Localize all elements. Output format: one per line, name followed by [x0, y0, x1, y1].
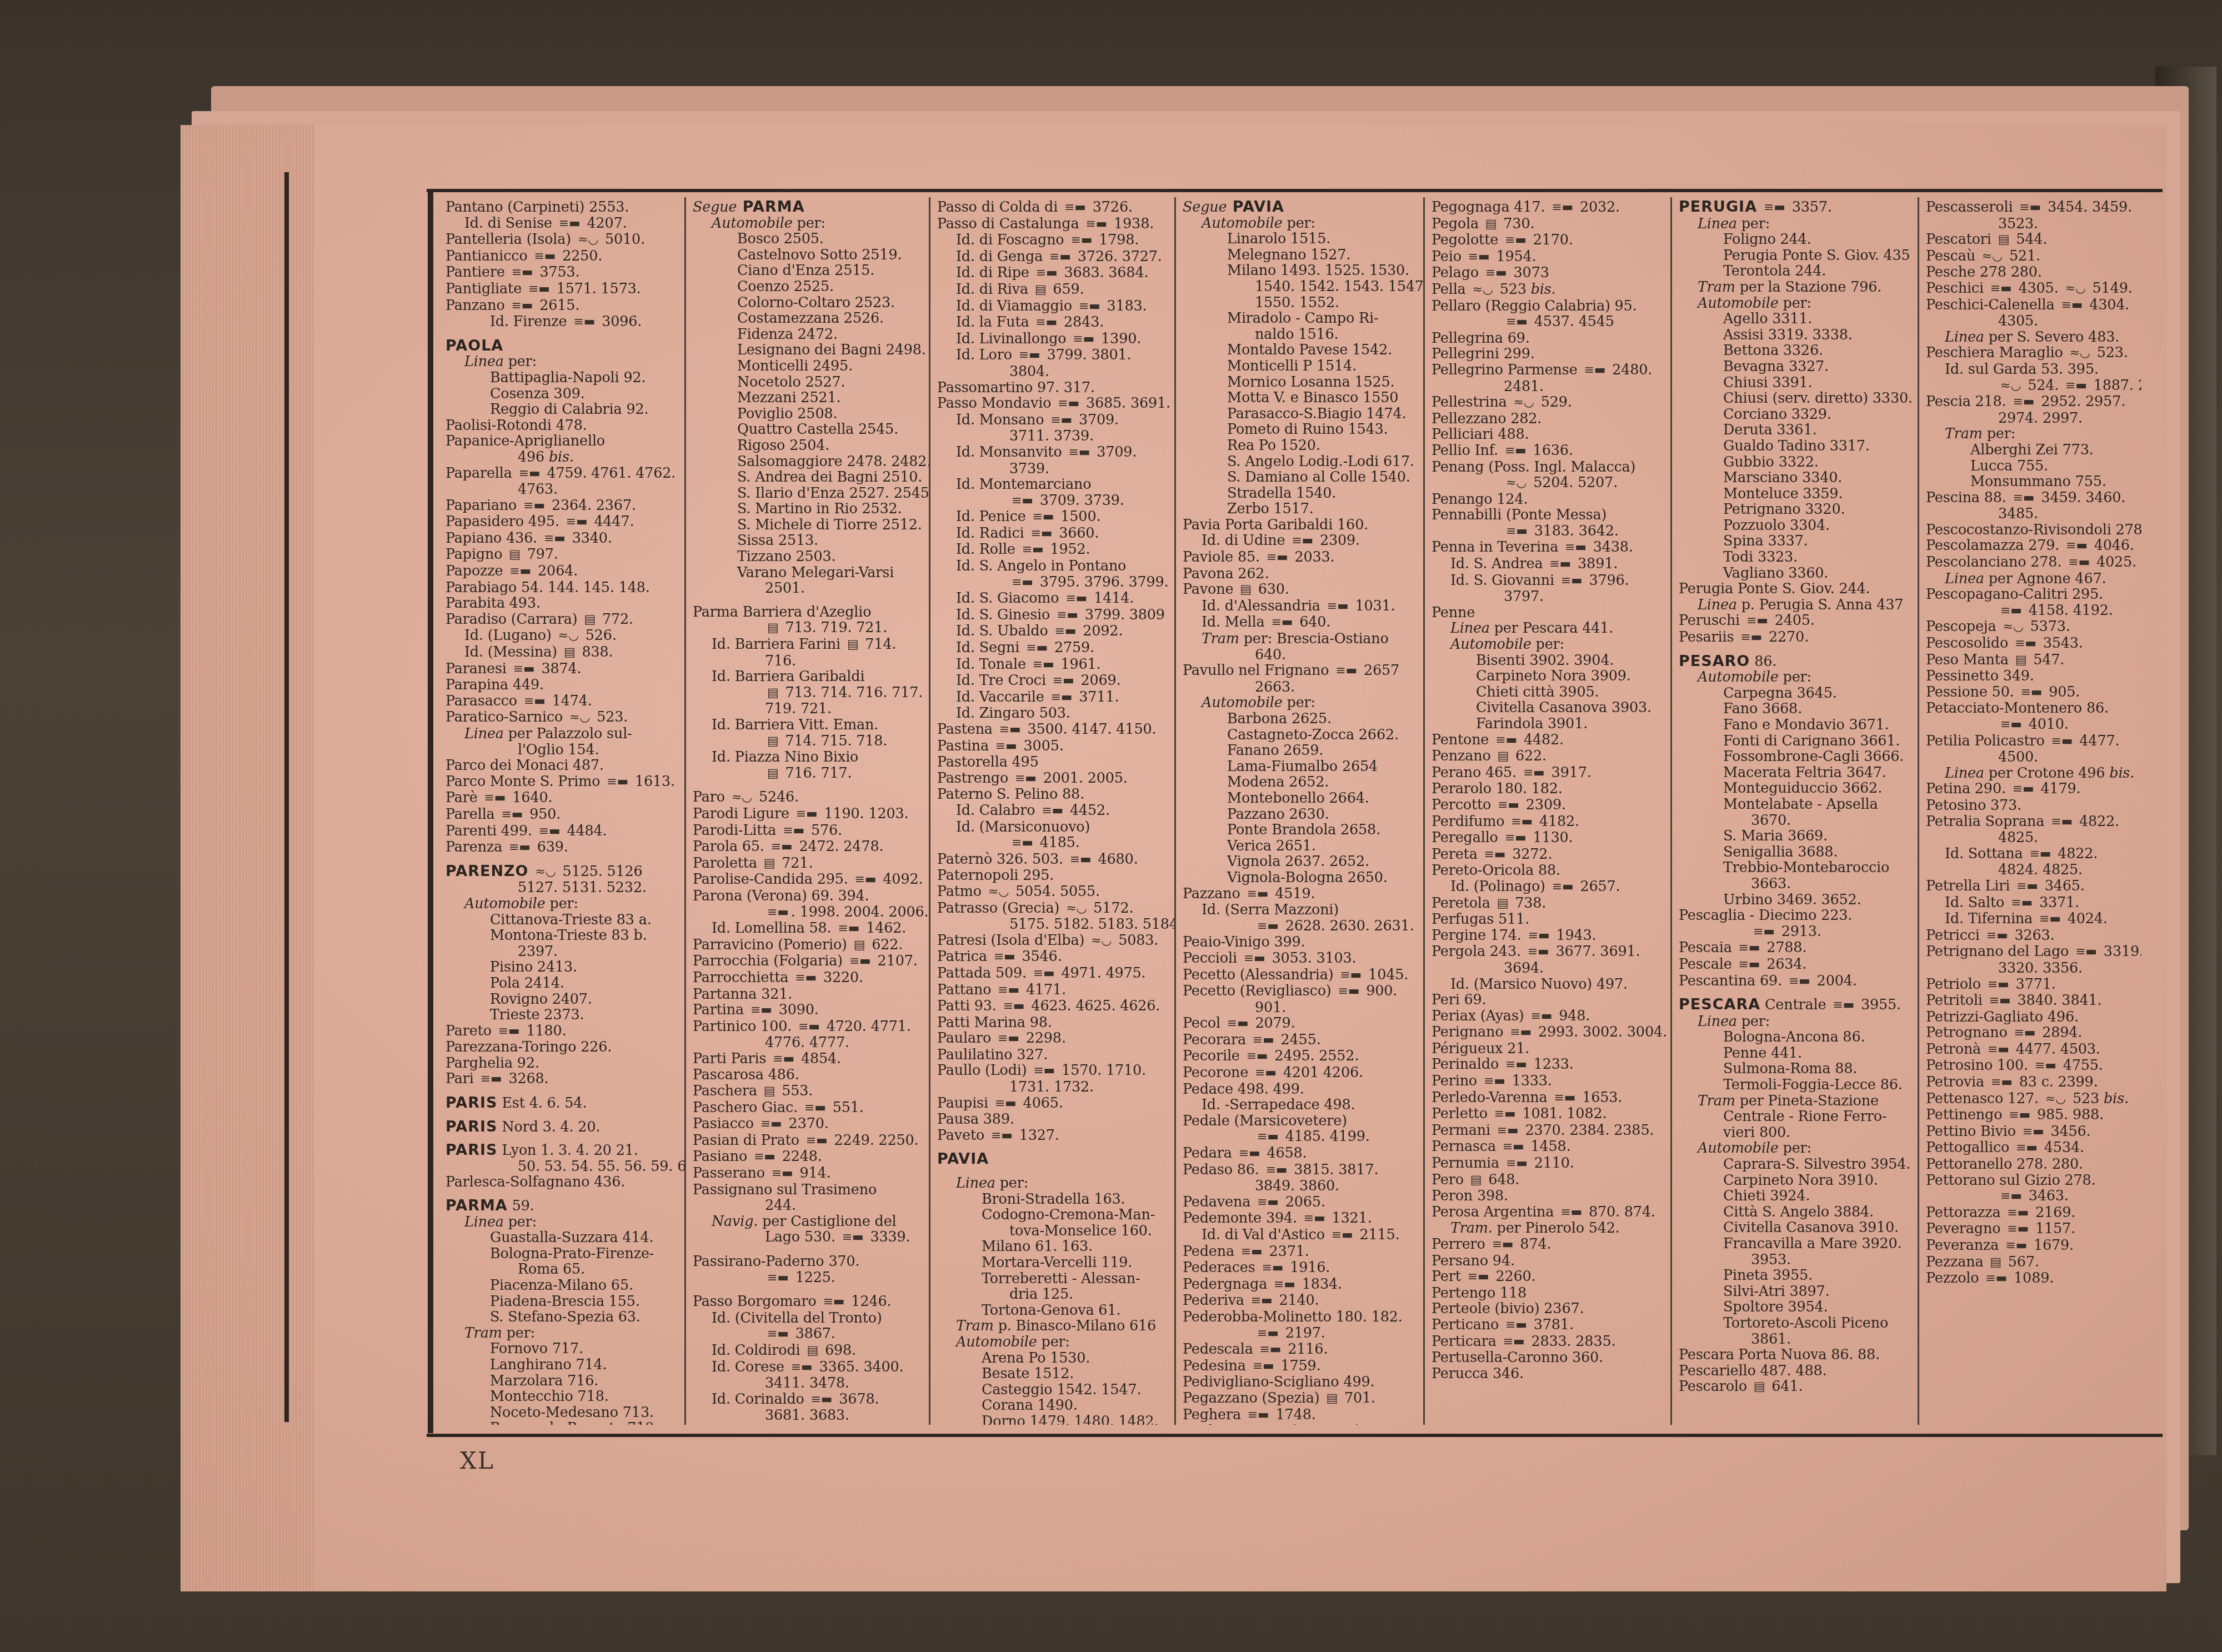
index-entry: Id. Salto ≡▬ 3371. — [1926, 895, 2136, 912]
index-entry: 2974. 2997. — [1926, 411, 2136, 427]
car-icon: ≡▬ — [1986, 928, 2008, 944]
index-entry: Pettenasco 127. ≈◡ 523 bis. — [1926, 1091, 2136, 1108]
city-heading: PESARO 86. — [1679, 654, 1912, 670]
index-entry: Linea per: — [1679, 216, 1912, 232]
bis-suffix: bis. — [2104, 1090, 2129, 1107]
index-entry: 2481. — [1432, 379, 1665, 395]
index-entry: Fano 3668. — [1679, 701, 1912, 717]
car-icon: ≡▬ — [481, 1072, 502, 1088]
index-entry: Passo di Castalunga ≡▬ 1938. — [937, 216, 1169, 233]
car-icon: ≡▬ — [1554, 1090, 1576, 1107]
index-entry: Papiano 436. ≡▬ 3340. — [446, 530, 679, 547]
index-entry: Castelnovo Sotto 2519. — [693, 247, 923, 263]
index-entry: ≈◡ 5204. 5207. — [1432, 475, 1665, 492]
boat-icon: ≈◡ — [1066, 901, 1087, 917]
index-entry: 3670. — [1679, 813, 1912, 829]
index-entry: Montaldo Pavese 1542. — [1183, 342, 1418, 358]
index-entry: Patresi (Isola d'Elba) ≈◡ 5083. — [937, 933, 1169, 949]
index-entry: Id. (Polinago) ≡▬ 2657. — [1432, 879, 1665, 895]
index-entry: Linea per: — [1679, 1014, 1912, 1030]
tram-icon: ▤ — [1497, 749, 1509, 765]
index-entry: ≈◡ 524. ≡▬ 1887. 2002. — [1926, 378, 2136, 394]
index-entry: Linea per Crotone 496 bis. — [1926, 765, 2136, 782]
service-type-label: Linea — [956, 1175, 995, 1192]
index-entry: Pescale ≡▬ 2634. — [1679, 957, 1912, 973]
index-entry: Bettona 3326. — [1679, 343, 1912, 359]
boat-icon: ≈◡ — [1514, 395, 1534, 411]
index-entry: Périgueux 21. — [1432, 1041, 1665, 1057]
index-entry: Id. Monsano ≡▬ 3709. — [937, 412, 1169, 429]
index-entry: Perugia Ponte S. Giov. 435 — [1679, 248, 1912, 264]
index-entry: Petritoli ≡▬ 3840. 3841. — [1926, 993, 2136, 1009]
index-entry: Id. Barriera Garibaldi — [693, 669, 923, 685]
car-icon: ≡▬ — [1049, 249, 1071, 266]
index-entry: Id. (Serra Mazzoni) — [1183, 902, 1418, 918]
index-entry: Peghera ≡▬ 1748. — [1183, 1407, 1418, 1424]
tram-icon: ▤ — [847, 637, 859, 653]
car-icon: ≡▬ — [498, 1024, 520, 1040]
index-entry: Cosenza 309. — [446, 386, 679, 402]
index-entry: dria 125. — [937, 1286, 1169, 1303]
car-icon: ≡▬ — [1530, 1009, 1552, 1025]
tram-icon: ▤ — [584, 612, 596, 628]
index-entry: S. Stefano-Spezia 63. — [446, 1309, 679, 1325]
index-entry: Passerano ≡▬ 914. — [693, 1165, 923, 1182]
index-entry: Pausa 389. — [937, 1112, 1169, 1128]
index-entry: Paulilatino 327. — [937, 1047, 1169, 1063]
car-icon: ≡▬ — [1085, 217, 1107, 233]
car-icon: ≡▬ — [849, 954, 871, 970]
car-icon: ≡▬ — [783, 823, 804, 839]
index-entry: Pecorone ≡▬ 4201 4206. — [1183, 1065, 1418, 1082]
index-entry: Fanano 2659. — [1183, 743, 1418, 759]
index-entry: Pedergnaga ≡▬ 1834. — [1183, 1276, 1418, 1293]
car-icon: ≡▬ — [566, 514, 588, 530]
service-type-label: Linea — [1945, 570, 1984, 587]
car-icon: ≡▬ — [534, 249, 555, 265]
index-entry: Petralia Soprana ≡▬ 4822. — [1926, 814, 2136, 830]
index-entry: Pazzano 2630. — [1183, 807, 1418, 823]
index-entry: Guastalla-Suzzara 414. — [446, 1230, 679, 1246]
index-entry: Francavilla a Mare 3920. — [1679, 1236, 1912, 1252]
car-icon: ≡▬ — [1528, 944, 1549, 960]
car-icon: ≡▬ — [2009, 1108, 2030, 1124]
index-entry: Id. Vaccarile ≡▬ 3711. — [937, 689, 1169, 706]
index-entry: Spoltore 3954. — [1679, 1299, 1912, 1315]
index-entry: Linea per Palazzolo sul- — [446, 726, 679, 742]
index-entry: Deruta 3361. — [1679, 422, 1912, 438]
car-icon: ≡▬ — [2035, 1058, 2056, 1074]
index-entry: Rovigno 2407. — [446, 992, 679, 1008]
index-entry: Corciano 3329. — [1679, 407, 1912, 423]
index-entry: Coenzo 2525. — [693, 279, 923, 295]
index-entry: Pasiano ≡▬ 2248. — [693, 1149, 923, 1165]
index-entry: Castagneto-Zocca 2662. — [1183, 727, 1418, 743]
index-entry: Chiusi 3391. — [1679, 375, 1912, 391]
index-entry: Id. Segni ≡▬ 2759. — [937, 640, 1169, 657]
index-entry: Pettinengo ≡▬ 985. 988. — [1926, 1107, 2136, 1124]
index-entry: Fidenza 2472. — [693, 327, 923, 343]
index-entry: 3320. 3356. — [1926, 960, 2136, 977]
index-entry: l'Oglio 154. — [446, 742, 679, 758]
index-entry: Peccioli ≡▬ 3053. 3103. — [1183, 950, 1418, 967]
tram-icon: ▤ — [767, 766, 779, 782]
index-entry: 3849. 3860. — [1183, 1178, 1418, 1194]
city-name: PAVIA — [937, 1150, 989, 1168]
index-entry: Id. Penice ≡▬ 1500. — [937, 509, 1169, 525]
index-entry: Perrero ≡▬ 874. — [1432, 1237, 1665, 1253]
index-entry: Linarolo 1515. — [1183, 231, 1418, 247]
index-entry: Petilia Policastro ≡▬ 4477. — [1926, 733, 2136, 750]
index-entry: Civitella Casanova 3910. — [1679, 1220, 1912, 1236]
car-icon: ≡▬ — [1003, 999, 1025, 1015]
car-icon: ≡▬ — [1051, 690, 1073, 706]
index-entry: 4305. — [1926, 313, 2136, 329]
index-entry: Carpegna 3645. — [1679, 685, 1912, 702]
car-icon: ≡▬ — [2039, 912, 2061, 928]
index-entry: Pedescala ≡▬ 2116. — [1183, 1341, 1418, 1358]
index-entry: S. Maria 3669. — [1679, 828, 1912, 844]
index-entry: 1731. 1732. — [937, 1079, 1169, 1095]
tram-icon: ▤ — [564, 645, 575, 661]
car-icon: ≡▬ — [607, 774, 628, 790]
index-entry: Perucca 346. — [1432, 1366, 1665, 1382]
index-entry: Pasian di Prato ≡▬ 2249. 2250. — [693, 1133, 923, 1149]
index-entry: Id. Mella ≡▬ 640. — [1183, 614, 1418, 631]
index-entry: Pernasca ≡▬ 1458. — [1432, 1139, 1665, 1155]
index-entry: Id. Barriera Farini ▤ 714. — [693, 637, 923, 653]
index-entry: 3694. — [1432, 960, 1665, 977]
city-name: PERUGIA — [1679, 198, 1757, 216]
index-entry: Paschera ▤ 553. — [693, 1083, 923, 1100]
city-heading: PARIS Lyon 1. 3. 4. 20 21. — [446, 1143, 679, 1159]
index-entry: Pegola ▤ 730. — [1432, 216, 1665, 233]
index-entry: Paullo (Lodi) ≡▬ 1570. 1710. — [937, 1063, 1169, 1079]
tram-icon: ▤ — [1470, 1173, 1482, 1189]
index-entry: S. Ilario d'Enza 2527. 2545 — [693, 485, 923, 502]
index-entry: Tizzano 2503. — [693, 549, 923, 565]
index-entry: Peio ≡▬ 1954. — [1432, 249, 1665, 266]
car-icon: ≡▬ — [1271, 615, 1293, 631]
index-entry: Paradiso (Carrara) ▤ 772. — [446, 612, 679, 628]
car-icon: ≡▬ — [1251, 1293, 1273, 1309]
index-entry: Ponte Brandola 2658. — [1183, 822, 1418, 838]
car-icon: ≡▬ — [1510, 1025, 1532, 1041]
car-icon: ≡▬ — [998, 1031, 1019, 1047]
index-entry: 3861. — [1679, 1331, 1912, 1348]
car-icon: ≡▬ — [1248, 1408, 1269, 1424]
car-icon: ≡▬ — [1552, 200, 1573, 216]
index-entry: Pellio Inf. ≡▬ 1636. — [1432, 443, 1665, 459]
index-entry: Tram per: Brescia-Ostiano — [1183, 631, 1418, 647]
index-entry: 716. — [693, 653, 923, 669]
car-icon: ≡▬ — [1468, 1269, 1489, 1285]
index-entry: Pecol ≡▬ 2079. — [1183, 1015, 1418, 1032]
index-entry: Verica 2651. — [1183, 838, 1418, 854]
index-entry: S. Michele di Tiorre 2512. — [693, 517, 923, 533]
index-entry: Marsciano 3340. — [1679, 470, 1912, 486]
index-entry: Milano 1493. 1525. 1530. — [1183, 263, 1418, 279]
service-type-label: Automobile — [712, 215, 793, 232]
service-type-label: Automobile — [1698, 1140, 1779, 1157]
car-icon: ≡▬ — [509, 840, 531, 856]
service-type-label: Automobile — [1698, 295, 1779, 312]
bis-suffix: bis. — [1531, 281, 1556, 298]
index-columns: Pantano (Carpineti) 2553.Id. di Senise ≡… — [439, 197, 2141, 1425]
index-entry: Peveragno ≡▬ 1157. — [1926, 1221, 2136, 1238]
boat-icon: ≈◡ — [569, 710, 590, 726]
car-icon: ≡▬ — [795, 970, 817, 987]
index-entry: Linea per S. Severo 483. — [1926, 329, 2136, 346]
index-entry: Barbona 2625. — [1183, 711, 1418, 727]
index-entry: Automobile per: — [1183, 216, 1418, 232]
index-entry: Pezzolo ≡▬ 1089. — [1926, 1270, 2136, 1287]
car-icon: ≡▬ — [1484, 847, 1506, 863]
service-type-label: Tram — [1698, 279, 1735, 296]
index-entry: tova-Monselice 160. — [937, 1223, 1169, 1239]
index-entry: Automobile per: — [1679, 669, 1912, 685]
car-icon: ≡▬ — [1506, 524, 1528, 540]
index-entry: ≡▬. 1998. 2004. 2006. — [693, 904, 923, 921]
car-icon: ≡▬ — [1584, 363, 1605, 379]
index-entry: Pellestrina ≈◡ 529. — [1432, 394, 1665, 411]
car-icon: ≡▬ — [2007, 1222, 2029, 1238]
car-icon: ≡▬ — [523, 498, 545, 514]
index-entry: Peregallo ≡▬ 1130. — [1432, 830, 1665, 847]
index-entry: Bologna-Ancona 86. — [1679, 1029, 1912, 1045]
index-entry: Piacenza-Milano 65. — [446, 1278, 679, 1294]
car-icon: ≡▬ — [991, 1128, 1013, 1144]
index-entry: Id. S. Angelo in Pontano — [937, 558, 1169, 574]
index-column-5: Pegognaga 417. ≡▬ 2032.Pegola ▤ 730.Pego… — [1425, 197, 1672, 1425]
index-entry: Pellegrini 299. — [1432, 346, 1665, 362]
boat-icon: ≈◡ — [1982, 249, 2003, 265]
index-entry: Parasacco-S.Biagio 1474. — [1183, 406, 1418, 422]
car-icon: ≡▬ — [1079, 299, 1100, 315]
index-entry: Id. Piazza Nino Bixio — [693, 749, 923, 765]
city-name: PARIS — [446, 1118, 498, 1135]
car-icon: ≡▬ — [1022, 542, 1044, 558]
index-entry: ▤ 713. 719. 721. — [693, 620, 923, 637]
index-entry: Pecorara ≡▬ 2455. — [1183, 1032, 1418, 1049]
car-icon: ≡▬ — [1560, 1205, 1582, 1221]
car-icon: ≡▬ — [1055, 624, 1077, 640]
index-entry: Paranesi ≡▬ 3874. — [446, 661, 679, 678]
index-entry: Penne — [1432, 605, 1665, 621]
index-entry: Montelabate - Apsella — [1679, 797, 1912, 813]
index-entry: Id. Corese ≡▬ 3365. 3400. — [693, 1359, 923, 1376]
index-entry: Pecorile ≡▬ 2495. 2552. — [1183, 1048, 1418, 1065]
car-icon: ≡▬ — [1494, 1107, 1516, 1123]
car-icon: ≡▬ — [559, 216, 580, 232]
index-entry: Noceto-Medesano 713. — [446, 1405, 679, 1421]
index-entry: Linea per: — [937, 1175, 1169, 1192]
index-entry: ≡▬ 3867. — [693, 1326, 923, 1343]
car-icon: ≡▬ — [2016, 879, 2038, 895]
index-entry: Permani ≡▬ 2370. 2384. 2385. — [1432, 1123, 1665, 1139]
index-entry: Partina ≡▬ 3090. — [693, 1002, 923, 1019]
index-entry: ▤ 716. 717. — [693, 765, 923, 782]
car-icon: ≡▬ — [1255, 1065, 1277, 1082]
index-entry: Pascarosa 486. — [693, 1067, 923, 1083]
index-entry: Id. Radici ≡▬ 3660. — [937, 525, 1169, 542]
index-entry: Id. S. Ginesio ≡▬ 3799. 3809 — [937, 607, 1169, 624]
car-icon: ≡▬ — [1492, 1237, 1514, 1253]
index-entry: 3485. — [1926, 506, 2136, 522]
car-icon: ≡▬ — [1495, 733, 1517, 749]
service-type-label: Automobile — [1202, 694, 1283, 711]
car-icon: ≡▬ — [2000, 603, 2022, 619]
car-icon: ≡▬ — [1033, 509, 1054, 525]
index-entry: Pescia 218. ≡▬ 2952. 2957. — [1926, 394, 2136, 411]
car-icon: ≡▬ — [1511, 814, 1533, 830]
car-icon: ≡▬ — [1552, 879, 1574, 895]
index-entry: S. Martino in Rio 2532. — [693, 501, 923, 517]
index-entry: 4825. — [1926, 830, 2136, 846]
index-entry: Perugia Ponte S. Giov. 244. — [1679, 581, 1912, 597]
index-entry: 2663. — [1183, 679, 1418, 695]
car-icon: ≡▬ — [1065, 591, 1087, 607]
tram-icon: ▤ — [1326, 1391, 1338, 1407]
index-entry: 640. — [1183, 647, 1418, 663]
index-entry: Id. di Ripe ≡▬ 3683. 3684. — [937, 265, 1169, 282]
index-entry: Fossombrone-Cagli 3666. — [1679, 749, 1912, 765]
index-entry: Civitella Casanova 3903. — [1432, 700, 1665, 716]
service-type-label: Linea — [1945, 329, 1984, 346]
index-entry: 50. 53. 54. 55. 56. 59. 61 — [446, 1159, 679, 1175]
car-icon: ≡▬ — [1304, 1211, 1325, 1227]
index-entry: Montona-Trieste 83 b. — [446, 928, 679, 944]
index-entry: Parezzana-Toringo 226. — [446, 1039, 679, 1055]
index-entry: Id. S. Ubaldo ≡▬ 2092. — [937, 623, 1169, 640]
index-entry: Pedale (Marsicovetere) — [1183, 1113, 1418, 1129]
index-entry: Pasiacco ≡▬ 2370. — [693, 1116, 923, 1133]
car-icon: ≡▬ — [1247, 887, 1269, 903]
index-entry: Paularo ≡▬ 2298. — [937, 1030, 1169, 1047]
car-icon: ≡▬ — [995, 739, 1017, 755]
index-entry: Perledo-Varenna ≡▬ 1653. — [1432, 1090, 1665, 1107]
index-entry: Petronà ≡▬ 4477. 4503. — [1926, 1042, 2136, 1058]
index-entry: Pella ≈◡ 523 bis. — [1432, 282, 1665, 298]
index-entry: Passo Mondavio ≡▬ 3685. 3691. — [937, 396, 1169, 412]
index-entry: Parola 65. ≡▬ 2472. 2478. — [693, 839, 923, 855]
car-icon: ≡▬ — [1505, 443, 1527, 459]
index-entry: Paterno S. Pelino 88. — [937, 787, 1169, 803]
car-icon: ≡▬ — [1253, 1359, 1274, 1375]
index-entry: Parco dei Monaci 487. — [446, 758, 679, 774]
tram-icon: ▤ — [1497, 896, 1509, 912]
index-entry: Id. S. Giacomo ≡▬ 1414. — [937, 590, 1169, 607]
text-frame-left-rule — [428, 189, 433, 1433]
index-entry: 244. — [693, 1198, 923, 1214]
car-icon: ≡▬ — [2066, 538, 2088, 554]
index-entry: Pescara Porta Nuova 86. 88. — [1679, 1347, 1912, 1363]
car-icon: ≡▬ — [484, 790, 506, 807]
index-entry: Patrica ≡▬ 3546. — [937, 949, 1169, 965]
car-icon: ≡▬ — [2051, 734, 2073, 750]
index-entry: Colorno-Coltaro 2523. — [693, 295, 923, 311]
index-entry: Automobile per: — [1679, 1140, 1912, 1157]
boat-icon: ≈◡ — [2065, 281, 2085, 297]
index-entry: ≡▬ 2913. — [1679, 924, 1912, 940]
index-entry: 2501. — [693, 580, 923, 597]
service-type-label: Tram — [1202, 630, 1239, 647]
index-entry: Pertusella-Caronno 360. — [1432, 1350, 1665, 1366]
index-entry: Paroletta ▤ 721. — [693, 855, 923, 872]
index-entry: Motta V. e Binasco 1550 — [1183, 390, 1418, 406]
index-entry: Periax (Ayas) ≡▬ 948. — [1432, 1008, 1665, 1025]
index-entry: Pantano (Carpineti) 2553. — [446, 199, 679, 216]
index-column-4: Segue PAVIAAutomobile per:Linarolo 1515.… — [1176, 197, 1425, 1425]
index-entry: Agello 3311. — [1679, 311, 1912, 327]
index-entry: Pedena ≡▬ 2371. — [1183, 1244, 1418, 1260]
index-entry: Linea per Pescara 441. — [1432, 620, 1665, 637]
index-entry: Id. Lomellina 58. ≡▬ 1462. — [693, 920, 923, 937]
index-entry: Id. Firenze ≡▬ 3096. — [446, 314, 679, 331]
index-entry: Dorno 1479. 1480. 1482. — [937, 1414, 1169, 1425]
index-entry: Pantiere ≡▬ 3753. — [446, 264, 679, 281]
index-entry: Fornovo 717. — [446, 1341, 679, 1357]
index-entry: Foligno 244. — [1679, 232, 1912, 248]
service-type-label: Segue — [693, 199, 737, 216]
index-entry: Costamezzana 2526. — [693, 311, 923, 327]
index-entry: Petacciato-Montenero 86. — [1926, 700, 2136, 717]
car-icon: ≡▬ — [2061, 298, 2083, 314]
car-icon: ≡▬ — [1503, 1139, 1524, 1155]
index-entry: Carpineto Nora 3909. — [1432, 668, 1665, 684]
index-entry: Persano 94. — [1432, 1253, 1665, 1269]
index-entry: Automobile per: — [693, 216, 923, 232]
car-icon: ≡▬ — [1019, 348, 1040, 364]
car-icon: ≡▬ — [1988, 1042, 2009, 1058]
index-column-2: Segue PARMAAutomobile per:Bosco 2505.Cas… — [686, 197, 930, 1425]
index-entry: Perano 465. ≡▬ 3917. — [1432, 765, 1665, 782]
index-entry: Pescariello 487. 488. — [1679, 1363, 1912, 1379]
index-entry: Codogno-Cremona-Man- — [937, 1207, 1169, 1223]
car-icon: ≡▬ — [1989, 993, 2011, 1009]
index-entry: Montecchio 718. — [446, 1389, 679, 1405]
index-entry: Parona (Verona) 69. 394. — [693, 888, 923, 904]
index-entry: Parodi-Litta ≡▬ 576. — [693, 823, 923, 839]
service-type-label: Linea — [464, 725, 504, 742]
index-entry: Monsummano 755. — [1926, 474, 2136, 490]
car-icon: ≡▬ — [2013, 782, 2034, 798]
index-entry: Linea per: — [446, 1214, 679, 1230]
index-entry: 5127. 5131. 5232. — [446, 880, 679, 896]
index-entry: Fano e Mondavio 3671. — [1679, 717, 1912, 733]
index-entry: Pellegrina 69. — [1432, 331, 1665, 347]
index-entry: Pegazzano (Spezia) ▤ 701. — [1183, 1390, 1418, 1407]
index-entry: Pergola 243. ≡▬ 3677. 3691. — [1432, 944, 1665, 960]
car-icon: ≡▬ — [998, 983, 1019, 999]
car-icon: ≡▬ — [573, 314, 595, 331]
index-entry: Id. di Riva ▤ 659. — [937, 282, 1169, 298]
index-entry: Linea per: — [446, 354, 679, 370]
index-entry: Tram per Pineta-Stazione — [1679, 1093, 1912, 1109]
index-entry: Automobile per: — [937, 1334, 1169, 1350]
index-entry: Rigoso 2504. — [693, 438, 923, 454]
car-icon: ≡▬ — [1561, 573, 1583, 589]
index-entry: Pedivigliano-Scigliano 499. — [1183, 1374, 1418, 1390]
service-type-label: Linea — [464, 353, 504, 370]
index-entry: Paolisi-Rotondi 478. — [446, 418, 679, 434]
car-icon: ≡▬ — [1050, 413, 1072, 429]
index-entry: Termoli-Foggia-Lecce 86. — [1679, 1077, 1912, 1093]
index-entry: 719. 721. — [693, 701, 923, 717]
tram-icon: ▤ — [2015, 653, 2027, 669]
index-entry: Pecetto (Alessandria) ≡▬ 1045. — [1183, 967, 1418, 984]
car-icon: ≡▬ — [1042, 803, 1063, 819]
